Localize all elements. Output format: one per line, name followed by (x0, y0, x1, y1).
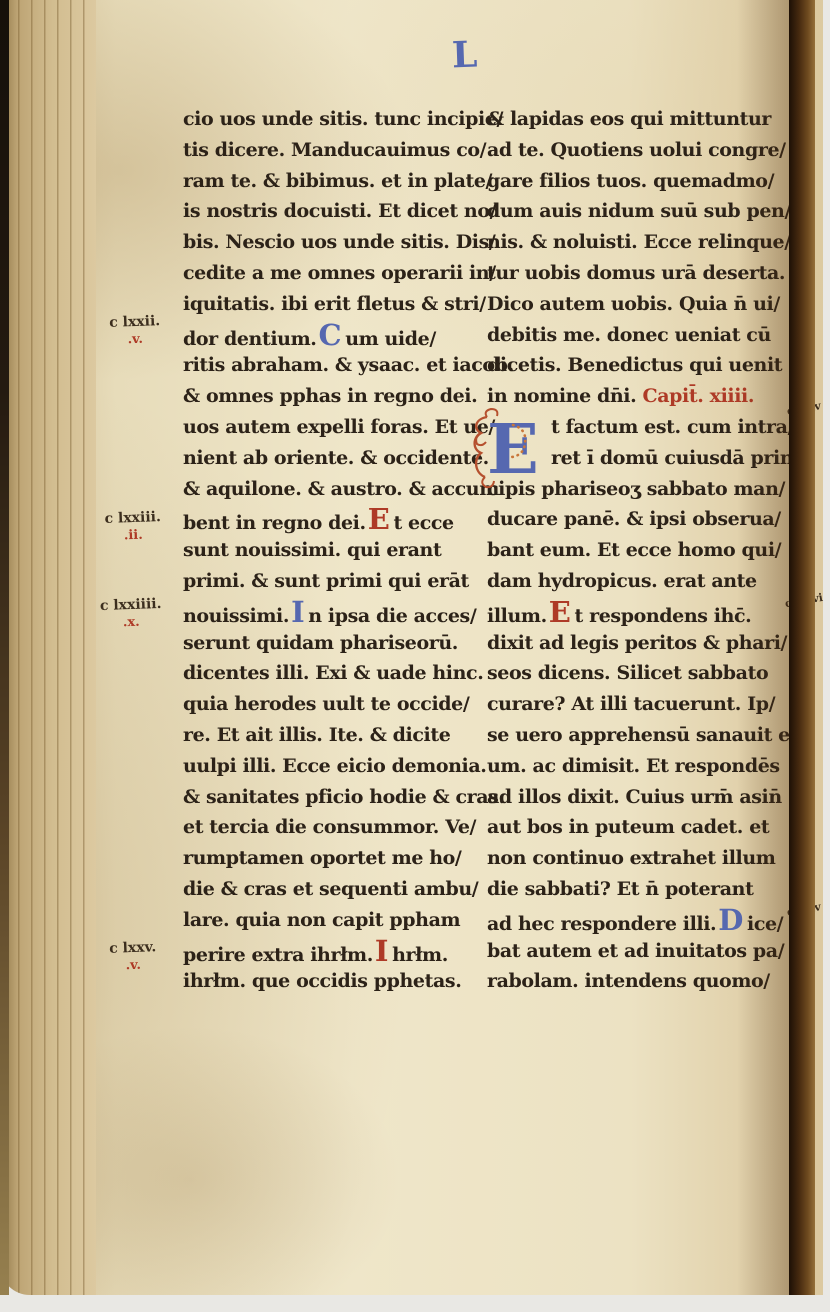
text-run: nouissimi. (183, 605, 289, 627)
book: L cio uos unde sitis. tunc incipie/tis d… (0, 0, 823, 1295)
text-run: bis. Nescio uos unde sitis. Dis/ (183, 231, 495, 253)
text-run: & lapidas eos qui mittuntur (487, 108, 771, 130)
text-run: ad hec respondere illi. (487, 913, 716, 935)
text-run: in nomine dn̄i. (487, 385, 643, 407)
text-run: & sanitates pficio hodie & cras. (183, 786, 505, 808)
text-run: tis dicere. Manducauimus co/ (183, 139, 486, 161)
text-line: primi. & sunt primi qui erāt (183, 566, 478, 597)
text-run: seos dicens. Silicet sabbato (487, 662, 768, 684)
svg-text:E: E (487, 410, 539, 490)
margin-note-left-3: c lxxiiii. .x. (95, 596, 166, 631)
text-line: uos autem expelli foras. Et ue/ (183, 412, 478, 443)
text-run: t respondens ihc̄. (575, 605, 752, 627)
text-line: cedite a me omnes operarii in/ (183, 258, 478, 289)
text-run: dicentes illi. Exi & uade hinc. (183, 662, 483, 684)
text-run: uos autem expelli foras. Et ue/ (183, 416, 495, 438)
text-run: lare. quia non capit ppham (183, 909, 460, 931)
text-line: serunt quidam phariseorū. (183, 628, 478, 659)
text-line: is nostris docuisti. Et dicet no/ (183, 196, 478, 227)
text-run: t ecce (393, 512, 453, 534)
text-run: et tercia die consummor. Ve/ (183, 816, 476, 838)
text-run: cedite a me omnes operarii in/ (183, 262, 496, 284)
initial-flourish-icon: E (473, 407, 551, 493)
text-run: die & cras et sequenti ambu/ (183, 878, 478, 900)
text-line: perire extra ihrłm.Ihrłm. (183, 936, 478, 967)
page-edges (0, 0, 96, 1295)
text-line: re. Et ait illis. Ite. & dicite (183, 720, 478, 751)
text-run: rabolam. intendens quomo/ (487, 970, 770, 992)
text-line: rumptamen oportet me ho/ (183, 843, 478, 874)
text-run: die sabbati? Et n̄ poterant (487, 878, 753, 900)
canon-ref: c lxxv. (109, 939, 157, 957)
manuscript-photo: L cio uos unde sitis. tunc incipie/tis d… (0, 0, 830, 1312)
canon-num: .v. (98, 957, 168, 974)
text-line: nouissimi.In ipsa die acces/ (183, 597, 478, 628)
text-line: bis. Nescio uos unde sitis. Dis/ (183, 227, 478, 258)
text-line: sunt nouissimi. qui erant (183, 535, 478, 566)
text-run: curare? At illi tacuerunt. Ip/ (487, 693, 775, 715)
text-line: & sanitates pficio hodie & cras. (183, 782, 478, 813)
decorated-initial: E (473, 407, 551, 493)
running-header: L (451, 34, 478, 77)
text-line: lare. quia non capit ppham (183, 905, 478, 936)
text-run: primi. & sunt primi qui erāt (183, 570, 469, 592)
text-run: iquitatis. ibi erit fletus & stri/ (183, 293, 486, 315)
text-run: debitis me. donec ueniat cū (487, 324, 771, 346)
text-run: cio uos unde sitis. tunc incipie/ (183, 108, 503, 130)
text-run: re. Et ait illis. Ite. & dicite (183, 724, 450, 746)
text-run: nient ab oriente. & occidente. (183, 447, 489, 469)
text-run: n ipsa die acces/ (308, 605, 476, 627)
text-run: Dico autem uobis. Quia n̄ ui/ (487, 293, 780, 315)
text-line: die & cras et sequenti ambu/ (183, 874, 478, 905)
canon-num: .ii. (98, 527, 168, 544)
initial-letter: E (549, 595, 571, 629)
gutter-shadow (737, 0, 797, 1295)
text-run: perire extra ihrłm. (183, 944, 373, 966)
text-run: um uide/ (345, 328, 436, 350)
text-run: quia herodes uult te occide/ (183, 693, 469, 715)
text-run: illum. (487, 605, 547, 627)
initial-letter: C (319, 318, 342, 352)
text-run: ihrłm. que occidis pphetas. (183, 970, 461, 992)
text-line: ram te. & bibimus. et in plate/ (183, 166, 478, 197)
text-line: & omnes pphas in regno dei. (183, 381, 478, 412)
text-line: quia herodes uult te occide/ (183, 689, 478, 720)
text-line: iquitatis. ibi erit fletus & stri/ (183, 289, 478, 320)
margin-note-left-2: c lxxiii. .ii. (97, 509, 168, 544)
canon-ref: c lxxii. (109, 313, 160, 331)
text-run: gare filios tuos. quemadmo/ (487, 170, 774, 192)
initial-letter: E (368, 502, 390, 536)
text-run: uulpi illi. Ecce eicio demonia. (183, 755, 486, 777)
text-run: & aquilone. & austro. & accum (183, 478, 499, 500)
initial-letter: I (375, 934, 388, 968)
text-run: um. ac dimisit. Et respondēs (487, 755, 780, 777)
text-line: bent in regno dei.Et ecce (183, 504, 478, 535)
text-run: sunt nouissimi. qui erant (183, 539, 441, 561)
text-line: ritis abraham. & ysaac. et iacob. (183, 350, 478, 381)
text-line: nient ab oriente. & occidente. (183, 443, 478, 474)
text-column-left: cio uos unde sitis. tunc incipie/tis dic… (183, 104, 478, 997)
book-edge (0, 0, 9, 1295)
text-run: non continuo extrahet illum (487, 847, 775, 869)
initial-letter: I (291, 595, 304, 629)
canon-ref: c lxxiiii. (100, 596, 162, 614)
text-run: aut bos in puteum cadet. et (487, 816, 769, 838)
text-line: ihrłm. que occidis pphetas. (183, 966, 478, 997)
margin-note-left-1: c lxxii. .v. (99, 313, 170, 348)
facing-page-shadow (789, 0, 815, 1295)
text-run: dam hydropicus. erat ante (487, 570, 757, 592)
text-run: ram te. & bibimus. et in plate/ (183, 170, 492, 192)
text-run: bent in regno dei. (183, 512, 366, 534)
text-line: dicentes illi. Exi & uade hinc. (183, 658, 478, 689)
canon-num: .v. (100, 331, 170, 348)
text-line: tis dicere. Manducauimus co/ (183, 135, 478, 166)
text-line: & aquilone. & austro. & accum (183, 474, 478, 505)
text-line: cio uos unde sitis. tunc incipie/ (183, 104, 478, 135)
text-run: dor dentium. (183, 328, 317, 350)
text-line: dor dentium.Cum uide/ (183, 320, 478, 351)
text-run: hrłm. (392, 944, 448, 966)
canon-num: .x. (96, 614, 166, 631)
text-run: ritis abraham. & ysaac. et iacob. (183, 354, 514, 376)
text-line: et tercia die consummor. Ve/ (183, 812, 478, 843)
text-run: rumptamen oportet me ho/ (183, 847, 461, 869)
text-run: is nostris docuisti. Et dicet no/ (183, 200, 496, 222)
text-run: & omnes pphas in regno dei. (183, 385, 477, 407)
text-run: serunt quidam phariseorū. (183, 632, 458, 654)
canon-ref: c lxxiii. (104, 509, 161, 527)
text-line: uulpi illi. Ecce eicio demonia. (183, 751, 478, 782)
margin-note-left-4: c lxxv. .v. (97, 939, 168, 974)
